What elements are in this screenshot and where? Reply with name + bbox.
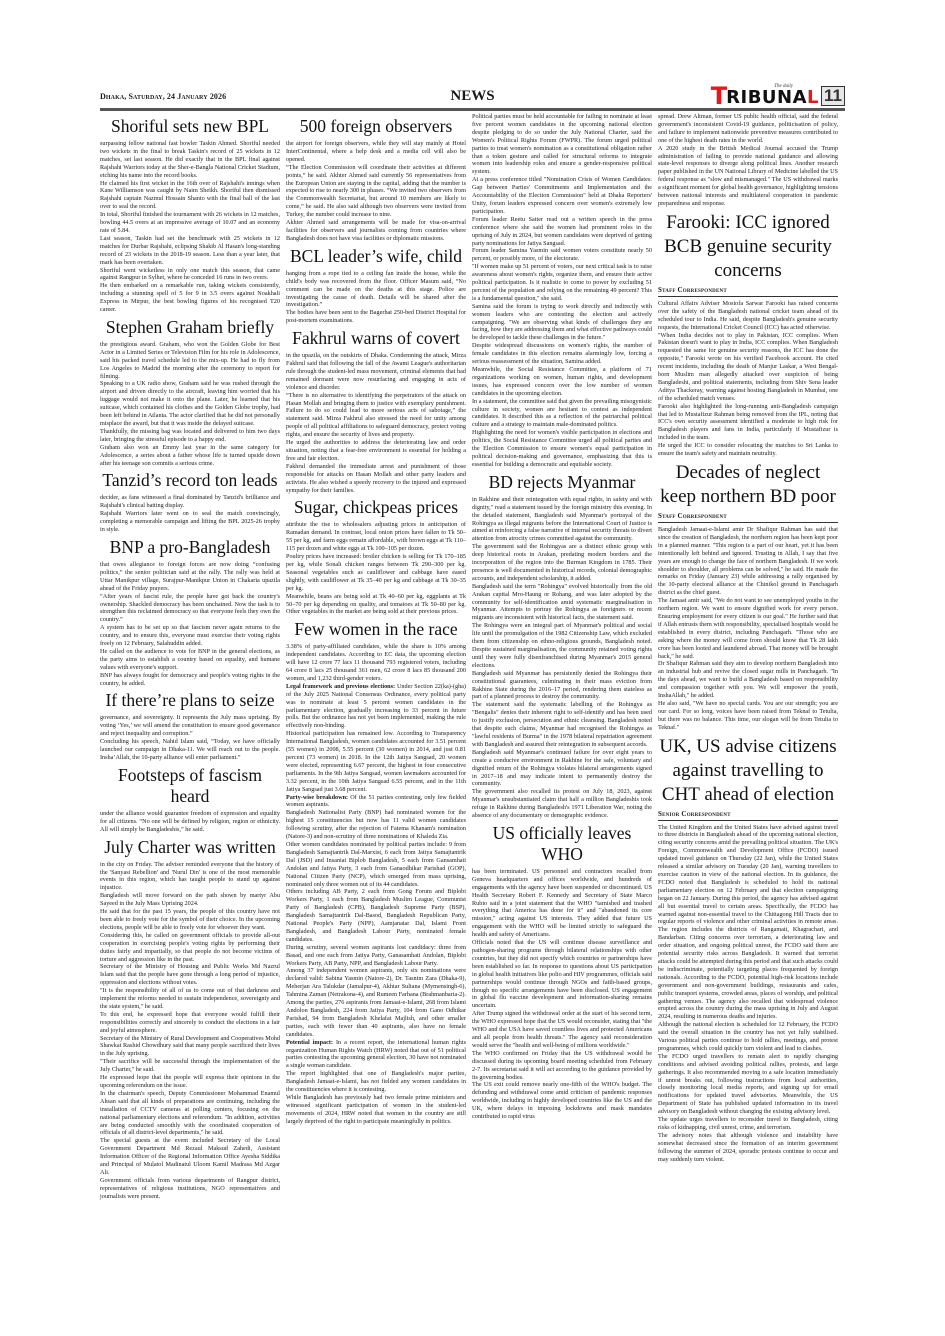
article-paragraph: governance, and sovereignty. It represen… xyxy=(100,714,280,738)
article-paragraph: Last season, Taskin had set the benchmar… xyxy=(100,235,280,267)
article-paragraph: Poultry prices have increased: broiler c… xyxy=(286,553,466,593)
article-paragraph: After Trump signed the withdrawal order … xyxy=(472,1010,652,1050)
article-paragraph: hanging from a rope tied to a ceiling fa… xyxy=(286,270,466,310)
article-paragraph: The update urges travellers to reconside… xyxy=(658,1116,838,1132)
column-1: Shoriful sets new BPLsurpassing fellow n… xyxy=(100,113,280,1201)
article-paragraph: the airport for foreign observers, while… xyxy=(286,140,466,164)
article-paragraph: Government officials from various depart… xyxy=(100,1177,280,1201)
article-body: that owes allegiance to foreign forces a… xyxy=(100,561,280,688)
article-paragraph: Bangladesh said the term "Rohingya" evol… xyxy=(472,583,652,623)
article-paragraph: in Rakhine and their reintegration with … xyxy=(472,496,652,543)
article: July Charter was writtenin the city on F… xyxy=(100,837,280,1201)
article-paragraph: The advisory notes that although violenc… xyxy=(658,1132,838,1164)
article-paragraph: Among the parties, 276 aspirants from Ja… xyxy=(286,999,466,1039)
article-paragraph: Considering this, he called on governmen… xyxy=(100,932,280,964)
article-paragraph: He urged the authorities to address the … xyxy=(286,439,466,463)
article-paragraph: Bangladesh said Myanmar has persistently… xyxy=(472,670,652,702)
article-headline: Footsteps of fascism heard xyxy=(100,765,280,807)
article-paragraph: Samina said the forum is trying to work … xyxy=(472,303,652,343)
article-paragraph: In the chairman's speech, Deputy Commiss… xyxy=(100,1090,280,1137)
article-paragraph: that owes allegiance to foreign forces a… xyxy=(100,561,280,593)
article-paragraph: He called on the audience to vote for BN… xyxy=(100,648,280,672)
article-paragraph: The report highlighted that one of Bangl… xyxy=(286,1070,466,1094)
article-paragraph: The Rohingya were an integral part of My… xyxy=(472,622,652,669)
article-body: governance, and sovereignty. It represen… xyxy=(100,714,280,761)
article-paragraph: He expressed hope that the people will e… xyxy=(100,1074,280,1090)
article-paragraph: Graham also won an Emmy last year in the… xyxy=(100,444,280,468)
article: Fakhrul warns of covertin the upazila, o… xyxy=(286,328,466,494)
article-body: Cultural Affairs Adviser Mostofa Sarwar … xyxy=(658,300,838,458)
article-body: decider, as fans witnessed a final domin… xyxy=(100,494,280,534)
article-paragraph: Cultural Affairs Adviser Mostofa Sarwar … xyxy=(658,300,838,332)
article-body: surpassing fellow national fast bowler T… xyxy=(100,140,280,314)
article: Decades of neglect keep northern BD poor… xyxy=(658,461,838,732)
page-number: 11 xyxy=(821,86,845,106)
article-headline: Decades of neglect keep northern BD poor xyxy=(658,461,838,509)
article: Shoriful sets new BPLsurpassing fellow n… xyxy=(100,116,280,314)
article-body: in the city on Friday. The adviser remin… xyxy=(100,861,280,1201)
article-paragraph: He said that for the past 15 years, the … xyxy=(100,908,280,932)
article: Tanzid’s record ton leadsdecider, as fan… xyxy=(100,470,280,534)
column-4: spread. Drew Altman, former US public he… xyxy=(658,113,838,1201)
article: If there’re plans to seizegovernance, an… xyxy=(100,690,280,761)
article-paragraph: While Bangladesh has previously had two … xyxy=(286,1094,466,1126)
header-rule xyxy=(100,108,845,111)
article-headline: Shoriful sets new BPL xyxy=(100,116,280,137)
article-paragraph: During scrutiny, several women aspirants… xyxy=(286,944,466,968)
article-paragraph: the prestigious award. Graham, who won t… xyxy=(100,341,280,381)
article-paragraph: Concluding his speech, Nahid Islam said,… xyxy=(100,738,280,762)
article-paragraph: Secretary of the Ministry of Housing and… xyxy=(100,963,280,987)
article-paragraph: Despite widespread discussions on women'… xyxy=(472,342,652,366)
article-paragraph: Rajshahi Warriors later went on to seal … xyxy=(100,510,280,534)
article: Farooki: ICC ignored BCB genuine securit… xyxy=(658,211,838,458)
article-paragraph: Meanwhile, the Social Resistance Committ… xyxy=(472,366,652,398)
article-paragraph: "When India decides not to play in Pakis… xyxy=(658,332,838,403)
article-paragraph: A 2020 study in the British Medical Jour… xyxy=(658,145,838,208)
article-headline: 500 foreign observers xyxy=(286,116,466,137)
article: Footsteps of fascism heardunder the alli… xyxy=(100,765,280,834)
article-paragraph: The government also recalled its protest… xyxy=(472,788,652,820)
column-2: 500 foreign observersthe airport for for… xyxy=(286,113,466,1201)
paragraph-lead-in: Party-wise breakdown: xyxy=(286,794,348,801)
article-paragraph: The special guests at the event included… xyxy=(100,1137,280,1177)
article-headline: Sugar, chickpeas prices xyxy=(286,497,466,518)
article-body: in Rakhine and their reintegration with … xyxy=(472,496,652,820)
article-paragraph: "It is the responsibility of all of us t… xyxy=(100,987,280,1011)
article-paragraph: The Jamaat amir said, "We do not want to… xyxy=(658,597,838,660)
article-paragraph: Dr Shafiqur Rahman said they aim to deve… xyxy=(658,660,838,700)
article: US officially leaves WHOhas been termina… xyxy=(472,823,652,1121)
article-headline: UK, US advise citizens against travellin… xyxy=(658,735,838,807)
article-paragraph: He claimed his first wicket in the 16th … xyxy=(100,180,280,212)
article-paragraph: The government said the Rohingyas are a … xyxy=(472,543,652,583)
article-body: the prestigious award. Graham, who won t… xyxy=(100,341,280,468)
article-headline: If there’re plans to seize xyxy=(100,690,280,711)
article: UK, US advise citizens against travellin… xyxy=(658,735,838,1164)
article-paragraph: surpassing fellow national fast bowler T… xyxy=(100,140,280,180)
article-byline: Senior Correspondent xyxy=(658,810,838,821)
article-body: under the alliance would guarantee freed… xyxy=(100,810,280,834)
article: 500 foreign observersthe airport for for… xyxy=(286,116,466,243)
article-headline: BCL leader’s wife, child xyxy=(286,246,466,267)
article-paragraph: Secretary of the Ministry of Rural Devel… xyxy=(100,1035,280,1059)
article-paragraph: 3.38% of party-affiliated candidates, wh… xyxy=(286,643,466,683)
article-paragraph: has been terminated. US personnel and co… xyxy=(472,868,652,939)
article-paragraph: in the upazila, on the outskirts of Dhak… xyxy=(286,352,466,392)
article-headline: July Charter was written xyxy=(100,837,280,858)
article-paragraph: Legal framework and previous elections: … xyxy=(286,683,466,730)
article-headline: Fakhrul warns of covert xyxy=(286,328,466,349)
article-paragraph: Bangladesh will move forward on the path… xyxy=(100,892,280,908)
article-paragraph: Bangladesh Jamaat-e-Islami amir Dr Shafi… xyxy=(658,526,838,597)
article: Political parties must be held accountab… xyxy=(472,113,652,469)
article-body: spread. Drew Altman, former US public he… xyxy=(658,113,838,208)
article: Sugar, chickpeas pricesattribute the ris… xyxy=(286,497,466,616)
article-paragraph: Bangladesh said Myanmar's continued fail… xyxy=(472,749,652,789)
article-paragraph: He also said, "We have no special cards.… xyxy=(658,700,838,732)
article-paragraph: Fakhrul demanded the immediate arrest an… xyxy=(286,463,466,495)
article-paragraph: Farooki also highlighted the long-runnin… xyxy=(658,403,838,443)
article-paragraph: Shoriful went wicketless in only one mat… xyxy=(100,267,280,283)
article-paragraph: BNP has always fought for democracy and … xyxy=(100,672,280,688)
logo-tagline: The daily xyxy=(774,84,793,89)
article-paragraph: In total, Shoriful finished the tourname… xyxy=(100,211,280,235)
article-paragraph: The WHO confirmed on Friday that the US … xyxy=(472,1050,652,1082)
column-3: Political parties must be held accountab… xyxy=(472,113,652,1201)
article-paragraph: Among 37 independent women aspirants, on… xyxy=(286,967,466,999)
article-headline: Few women in the race xyxy=(286,619,466,640)
article-paragraph: Thankfully, the missing bag was located … xyxy=(100,428,280,444)
article-headline: Farooki: ICC ignored BCB genuine securit… xyxy=(658,211,838,283)
article-body: attribute the rise to wholesalers adjust… xyxy=(286,521,466,616)
article-headline: Stephen Graham briefly xyxy=(100,317,280,338)
article-paragraph: The statement said the systematic labell… xyxy=(472,701,652,748)
masthead: Dhaka, Saturday, 24 January 2026 NEWS Th… xyxy=(100,80,845,106)
article-paragraph: spread. Drew Altman, former US public he… xyxy=(658,113,838,145)
article-byline: Staff Correspondent xyxy=(658,512,838,523)
article-paragraph: "Their sacrifice will be successful thro… xyxy=(100,1058,280,1074)
article-paragraph: The FCDO urged travellers to remain aler… xyxy=(658,1053,838,1116)
article-paragraph: The bodies have been sent to the Bagerha… xyxy=(286,309,466,325)
article-headline: US officially leaves WHO xyxy=(472,823,652,865)
article-body: The United Kingdom and the United States… xyxy=(658,824,838,1164)
article-body: Bangladesh Jamaat-e-Islami amir Dr Shafi… xyxy=(658,526,838,732)
article-paragraph: under the alliance would guarantee freed… xyxy=(100,810,280,834)
article-paragraph: attribute the rise to wholesalers adjust… xyxy=(286,521,466,553)
article-paragraph: Forum leader Reetu Satter read out a wri… xyxy=(472,216,652,248)
article-paragraph: Meanwhile, beans are being sold at Tk 40… xyxy=(286,593,466,617)
article-paragraph: Akhter Ahmed said arrangements will be m… xyxy=(286,219,466,243)
article: Few women in the race3.38% of party-affi… xyxy=(286,619,466,1125)
article-paragraph: At a press conference titled "Nomination… xyxy=(472,176,652,216)
logo-letter-l: L xyxy=(807,90,819,106)
article-headline: Tanzid’s record ton leads xyxy=(100,470,280,491)
article-body: in the upazila, on the outskirts of Dhak… xyxy=(286,352,466,494)
article-paragraph: Others including AB Party, 2 each from G… xyxy=(286,888,466,943)
newspaper-logo: The daily T RIBUNA L 11 xyxy=(711,80,845,106)
article-paragraph: Party-wise breakdown: Of the 51 parties … xyxy=(286,794,466,810)
article-paragraph: He then embarked on a remarkable run, ta… xyxy=(100,282,280,314)
article-paragraph: Officials noted that the US will continu… xyxy=(472,939,652,1010)
article-body: has been terminated. US personnel and co… xyxy=(472,868,652,1121)
article-body: 3.38% of party-affiliated candidates, wh… xyxy=(286,643,466,1125)
article-paragraph: decider, as fans witnessed a final domin… xyxy=(100,494,280,510)
article-paragraph: Forum leader Samina Yasmin said women vo… xyxy=(472,247,652,263)
logo-letter-t: T xyxy=(711,86,727,106)
article: BD rejects Myanmarin Rakhine and their r… xyxy=(472,472,652,820)
article-body: the airport for foreign observers, while… xyxy=(286,140,466,243)
article: spread. Drew Altman, former US public he… xyxy=(658,113,838,208)
article-paragraph: Potential impact: In a recent report, th… xyxy=(286,1039,466,1071)
article-paragraph: "If women make up 51 percent of voters, … xyxy=(472,263,652,303)
article-paragraph: He urged the ICC to consider relocating … xyxy=(658,442,838,458)
paragraph-lead-in: Potential impact: xyxy=(286,1039,333,1046)
article-paragraph: A system has to be set up so that fascis… xyxy=(100,624,280,648)
article-paragraph: in the city on Friday. The adviser remin… xyxy=(100,861,280,893)
article-paragraph: Historical participation has remained lo… xyxy=(286,730,466,793)
article-headline: BD rejects Myanmar xyxy=(472,472,652,493)
article-paragraph: Bangladesh Nationalist Party (BNP) had n… xyxy=(286,809,466,841)
article-byline: Staff Correspondent xyxy=(658,286,838,297)
article-paragraph: Speaking to a UK radio show, Graham said… xyxy=(100,380,280,427)
article-paragraph: “There is no alternative to identifying … xyxy=(286,392,466,439)
article-paragraph: Although the national election is schedu… xyxy=(658,1021,838,1053)
article: Stephen Graham brieflythe prestigious aw… xyxy=(100,317,280,468)
article-paragraph: The US exit could remove nearly one-fift… xyxy=(472,1081,652,1121)
logo-wordmark: RIBUNA xyxy=(726,90,807,106)
article: BNP a pro-Bangladeshthat owes allegiance… xyxy=(100,537,280,688)
article-paragraph: In a statement, the committee said that … xyxy=(472,398,652,430)
newspaper-page: Dhaka, Saturday, 24 January 2026 NEWS Th… xyxy=(100,80,845,1201)
article-paragraph: Political parties must be held accountab… xyxy=(472,113,652,176)
article-paragraph: The United Kingdom and the United States… xyxy=(658,824,838,1022)
article-body: Political parties must be held accountab… xyxy=(472,113,652,469)
columns: Shoriful sets new BPLsurpassing fellow n… xyxy=(100,113,845,1201)
article-paragraph: Other women candidates nominated by poli… xyxy=(286,841,466,888)
article-paragraph: “After years of fascist rule, the people… xyxy=(100,593,280,625)
article-paragraph: To this end, he expressed hope that ever… xyxy=(100,1011,280,1035)
article-headline: BNP a pro-Bangladesh xyxy=(100,537,280,558)
paragraph-lead-in: Legal framework and previous elections: xyxy=(286,683,395,690)
article-paragraph: Highlighting the need for women's visibl… xyxy=(472,429,652,469)
article-paragraph: “The Election Commission will coordinate… xyxy=(286,164,466,219)
article: BCL leader’s wife, childhanging from a r… xyxy=(286,246,466,325)
article-body: hanging from a rope tied to a ceiling fa… xyxy=(286,270,466,325)
